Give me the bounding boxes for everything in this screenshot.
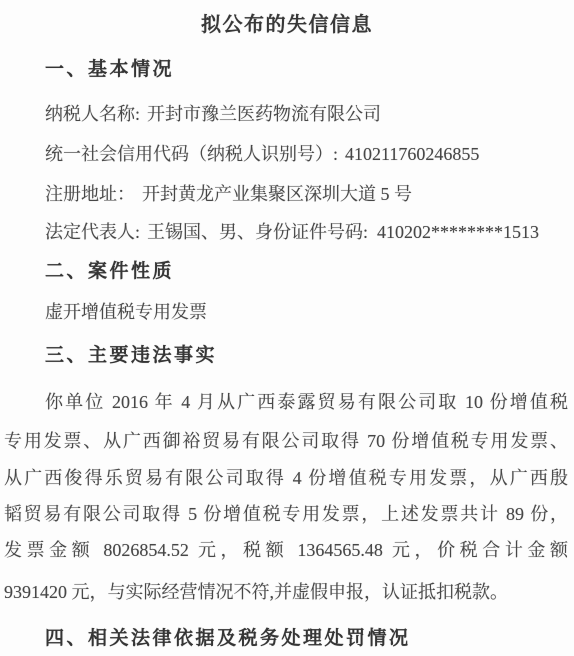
field-taxpayer-name: 纳税人名称:开封市豫兰医药物流有限公司 [45, 104, 574, 124]
field-label: 注册地址： [45, 184, 135, 204]
case-nature-text: 虚开增值税专用发票 [45, 302, 574, 322]
field-label: 纳税人名称: [45, 104, 140, 124]
violation-paragraph-line: 发票金额 8026854.52 元，税额 1364565.48 元，价税合计金额 [0, 540, 574, 560]
field-registered-address: 注册地址：开封黄龙产业集聚区深圳大道 5 号 [45, 184, 574, 204]
section-heading-case-nature: 二、案件性质 [45, 261, 574, 283]
field-value: 开封黄龙产业集聚区深圳大道 5 号 [142, 184, 412, 204]
violation-paragraph-line: 你单位 2016 年 4 月从广西泰露贸易有限公司取 10 份增值税 [0, 392, 574, 412]
violation-paragraph-line: 专用发票、从广西御裕贸易有限公司取得 70 份增值税专用发票、 [0, 431, 574, 451]
document-page: 拟公布的失信信息 一、基本情况 纳税人名称:开封市豫兰医药物流有限公司 统一社会… [0, 0, 574, 656]
field-credit-code: 统一社会信用代码（纳税人识别号）:410211760246855 [45, 144, 574, 164]
field-label: 法定代表人: [45, 222, 140, 242]
section-heading-basic-info: 一、基本情况 [45, 59, 574, 81]
violation-paragraph-line: 韬贸易有限公司取得 5 份增值税专用发票，上述发票共计 89 份， [0, 504, 574, 524]
violation-paragraph-line: 从广西俊得乐贸易有限公司取得 4 份增值税专用发票，从广西殷 [0, 468, 574, 488]
field-legal-representative: 法定代表人:王锡国、男、身份证件号码: 410202********1513 [45, 222, 574, 242]
document-title: 拟公布的失信信息 [0, 13, 574, 37]
violation-paragraph-line: 9391420 元，与实际经营情况不符,并虚假申报，认证抵扣税款。 [0, 582, 574, 602]
field-value: 王锡国、男、身份证件号码: 410202********1513 [147, 222, 539, 242]
field-value: 开封市豫兰医药物流有限公司 [147, 104, 381, 124]
field-value: 410211760246855 [345, 144, 479, 164]
section-heading-violation-facts: 三、主要违法事实 [45, 345, 574, 367]
section-heading-legal-basis: 四、相关法律依据及税务处理处罚情况 [45, 628, 574, 650]
field-label: 统一社会信用代码（纳税人识别号）: [45, 144, 338, 164]
